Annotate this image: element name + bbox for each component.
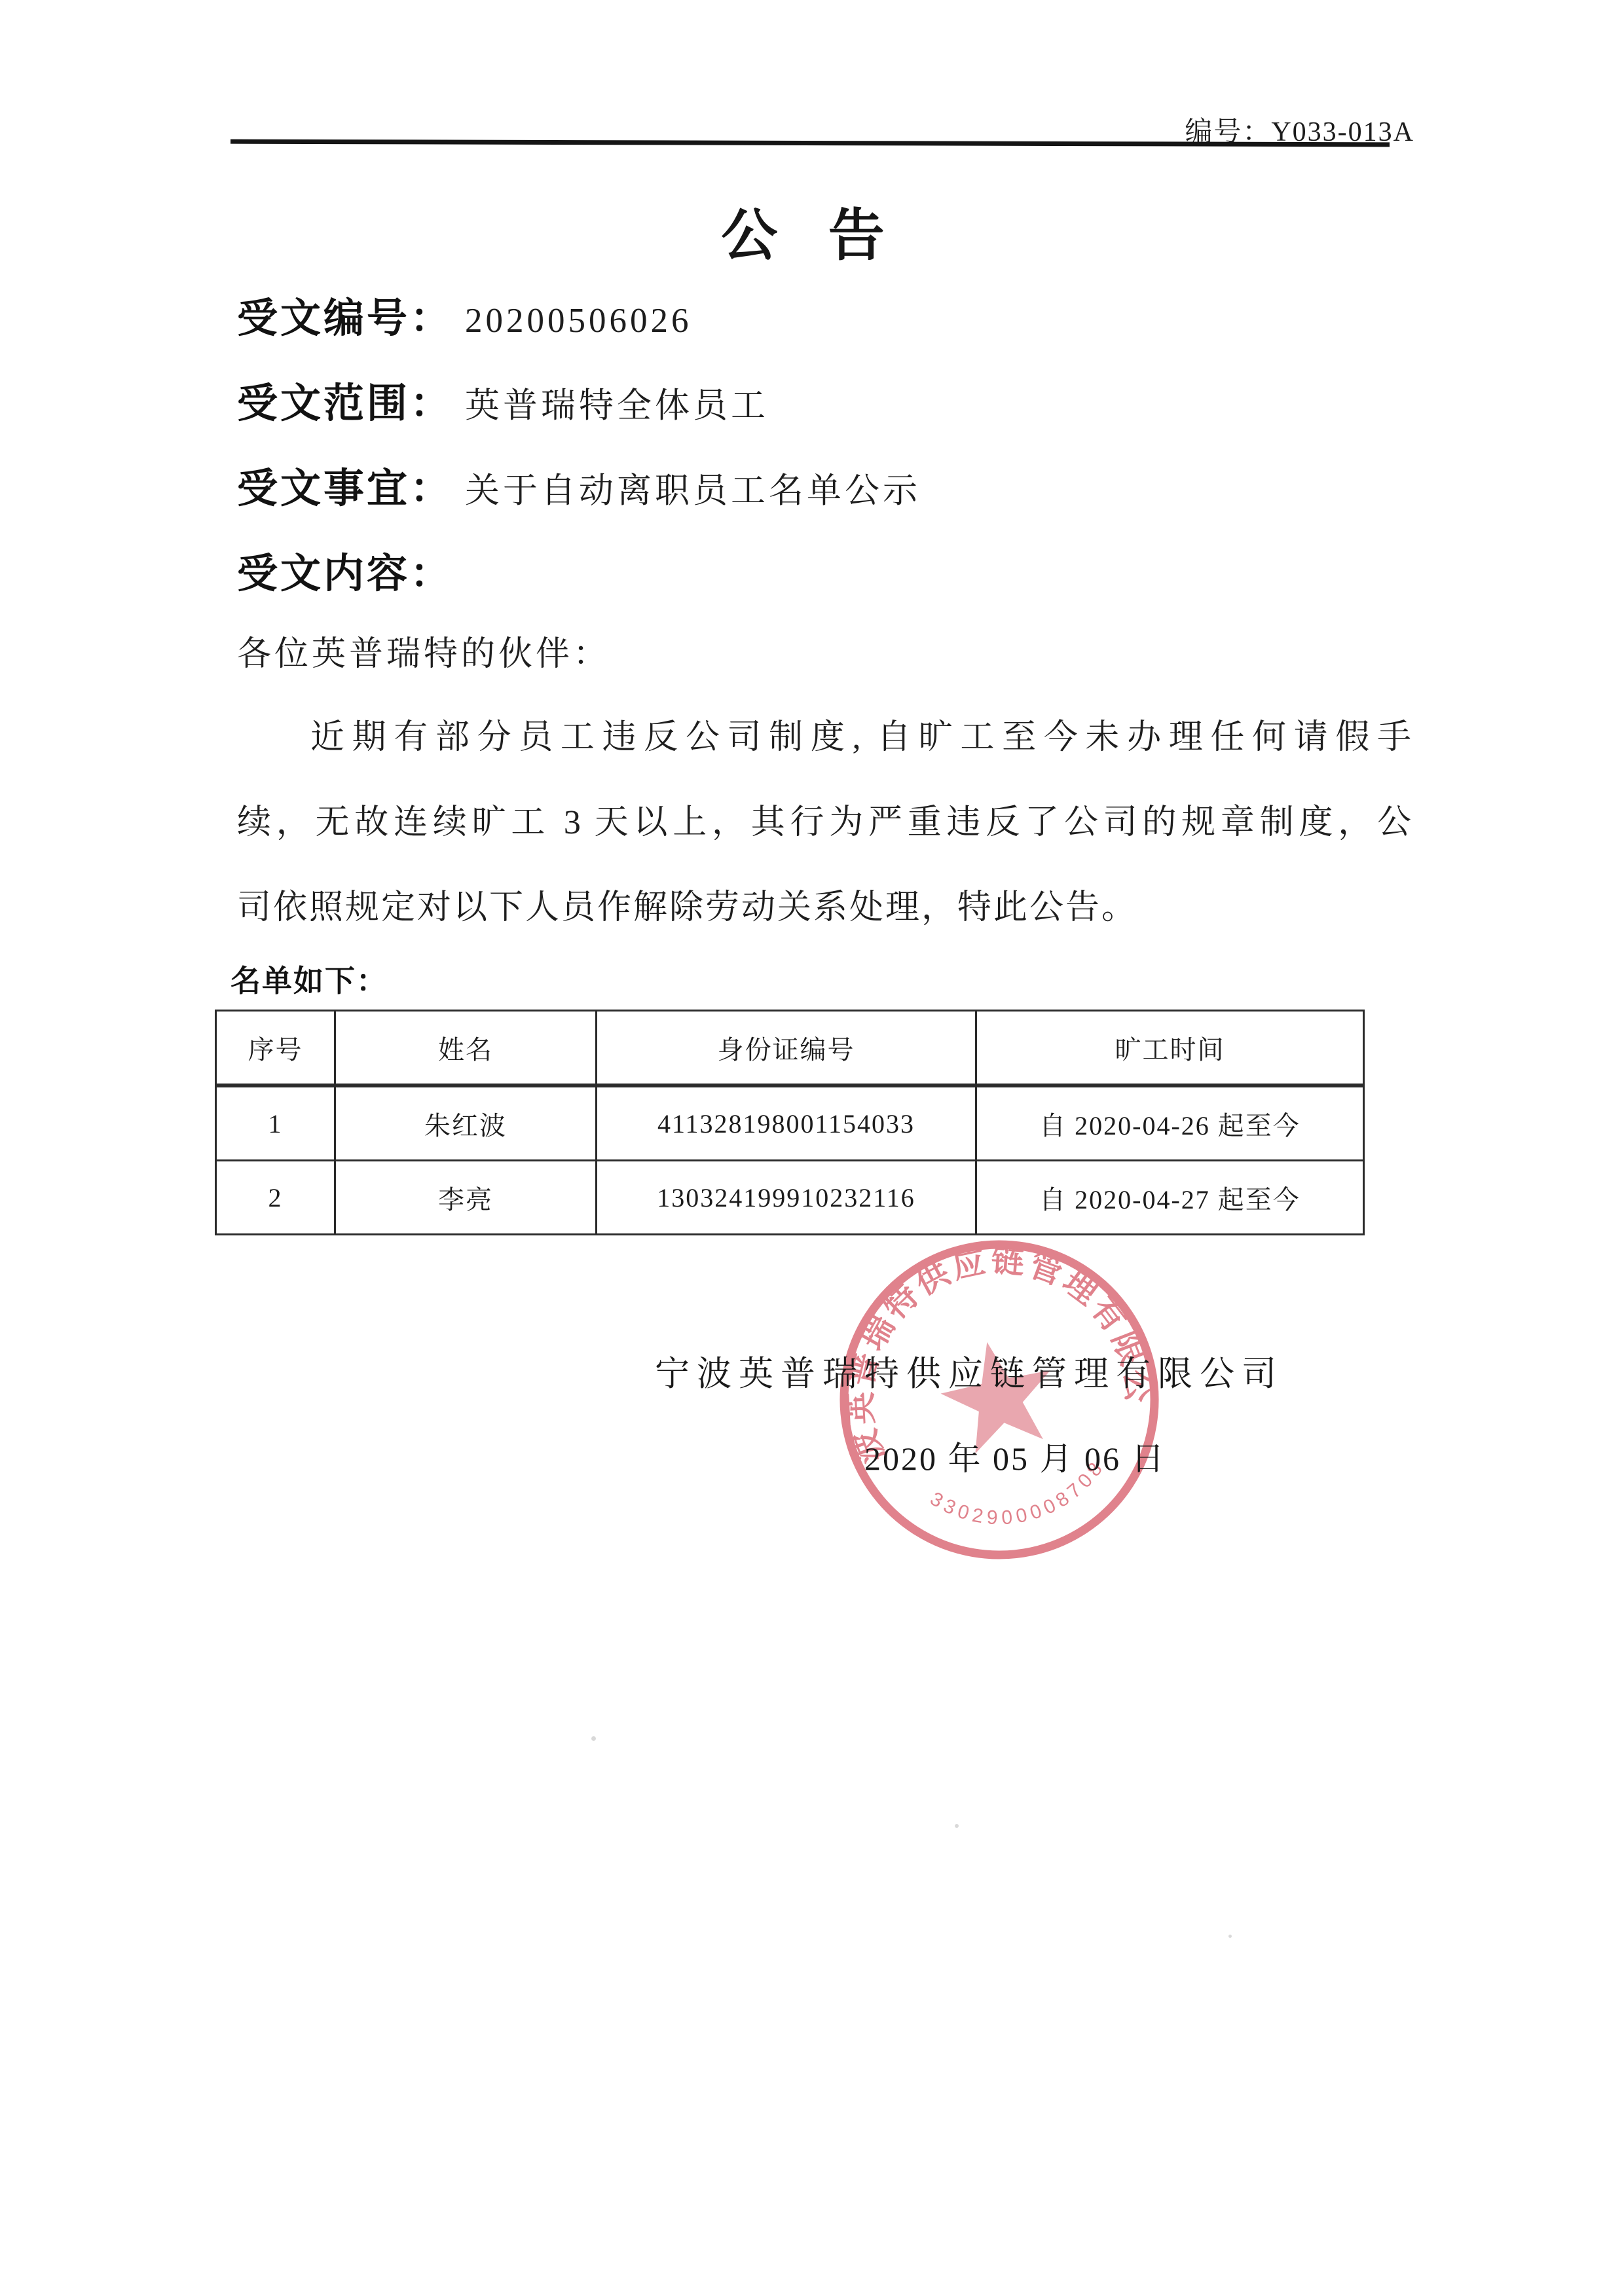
- field-value: 关于自动离职员工名单公示: [465, 472, 921, 510]
- cell-id-number: 130324199910232116: [597, 1161, 976, 1235]
- field-label: 受文编号：: [237, 296, 453, 341]
- table-row: 1 朱红波 411328198001154033 自 2020-04-26 起至…: [216, 1085, 1364, 1161]
- col-header-index: 序号: [216, 1011, 335, 1086]
- field-value: 20200506026: [465, 302, 692, 340]
- field-receive-number: 受文编号：20200506026: [237, 285, 692, 338]
- field-label: 受文内容：: [237, 551, 453, 596]
- paragraph-line: 续，无故连续旷工 3 天以上，其行为严重违反了公司的规章制度，公: [237, 780, 1411, 866]
- salutation: 各位英普瑞特的伙伴：: [237, 626, 610, 675]
- paragraph-line: 司依照规定对以下人员作解除劳动关系处理，特此公告。: [237, 866, 1411, 951]
- list-intro-label: 名单如下：: [231, 957, 388, 1000]
- cell-absence-period: 自 2020-04-27 起至今: [976, 1161, 1364, 1235]
- table-row: 2 李亮 130324199910232116 自 2020-04-27 起至今: [216, 1161, 1364, 1235]
- col-header-name: 姓名: [335, 1011, 597, 1086]
- scan-speck: [955, 1824, 959, 1828]
- table-header-row: 序号 姓名 身份证编号 旷工时间: [216, 1011, 1364, 1086]
- cell-id-number: 411328198001154033: [597, 1085, 976, 1161]
- cell-absence-period: 自 2020-04-26 起至今: [976, 1085, 1364, 1161]
- cell-name: 李亮: [335, 1161, 597, 1235]
- field-receive-content: 受文内容：: [237, 541, 465, 593]
- body-paragraph: 近期有部分员工违反公司制度, 自旷工至今未办理任何请假手 续，无故连续旷工 3 …: [237, 695, 1411, 951]
- cell-index: 2: [216, 1161, 335, 1235]
- signature-date: 2020 年 05 月 06 日: [864, 1432, 1231, 1480]
- field-receive-subject: 受文事宜：关于自动离职员工名单公示: [237, 456, 921, 508]
- company-seal-stamp: 宁波英普瑞特供应链管理有限公司 3302900008708: [829, 1230, 1170, 1570]
- page-title: 公 告: [0, 190, 1624, 271]
- absentee-table: 序号 姓名 身份证编号 旷工时间 1 朱红波 41132819800115403…: [215, 1010, 1365, 1235]
- paragraph-line: 近期有部分员工违反公司制度, 自旷工至今未办理任何请假手: [237, 695, 1411, 780]
- scan-speck: [1228, 1935, 1232, 1938]
- signature-company-name: 宁波英普瑞特供应链管理有限公司: [655, 1346, 1316, 1396]
- scan-speck: [591, 1736, 596, 1741]
- field-receive-scope: 受文范围：英普瑞特全体员工: [237, 371, 769, 423]
- cell-name: 朱红波: [335, 1085, 597, 1161]
- field-value: 英普瑞特全体员工: [465, 387, 769, 425]
- announcement-document: 编号：Y033-013A 公 告 受文编号：20200506026 受文范围：英…: [0, 0, 1624, 2296]
- cell-index: 1: [216, 1085, 335, 1161]
- field-label: 受文事宜：: [237, 466, 453, 511]
- col-header-absence-period: 旷工时间: [976, 1011, 1364, 1086]
- col-header-id-number: 身份证编号: [597, 1011, 976, 1086]
- field-label: 受文范围：: [237, 381, 453, 426]
